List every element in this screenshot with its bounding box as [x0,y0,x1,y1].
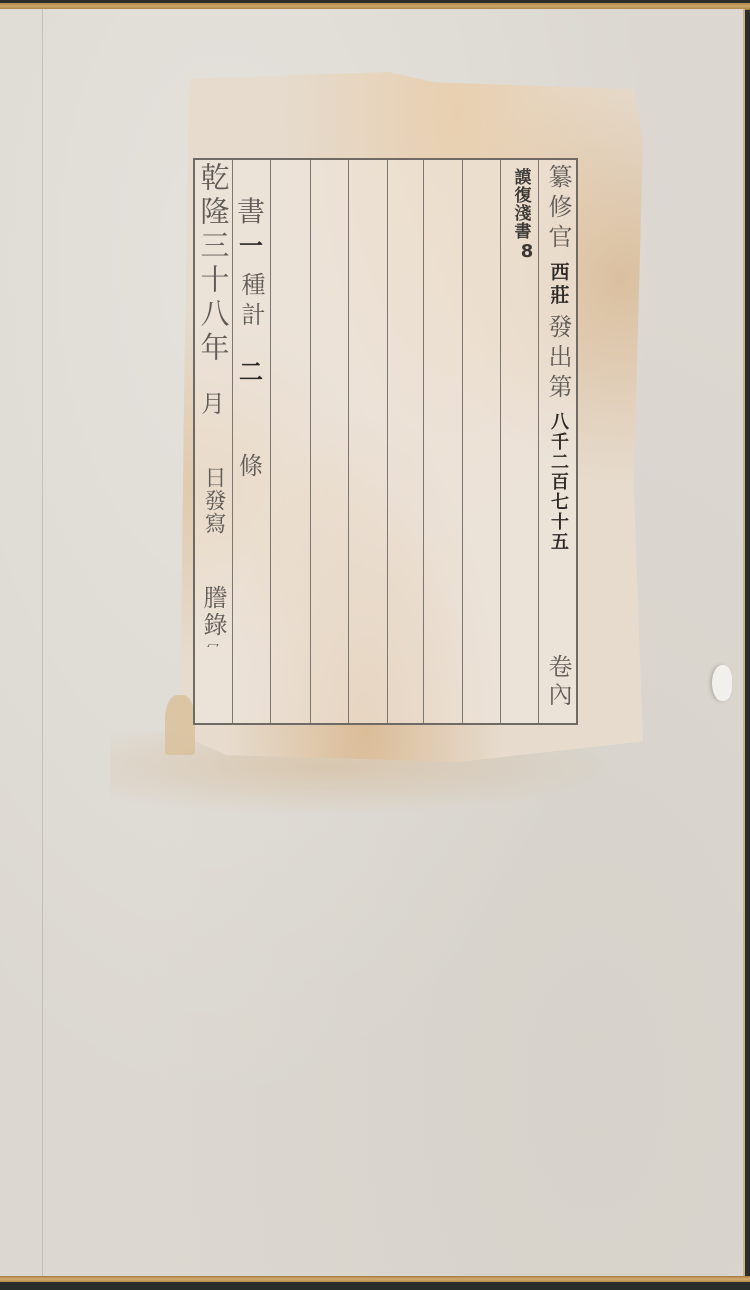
handwritten-mark: 8 [521,243,534,261]
gilt-bottom-edge [0,1276,750,1282]
column-divider [348,160,349,723]
column-divider [387,160,388,723]
handwritten-compiler-name: 西莊 [549,262,568,308]
handwritten-item-count: 二 [239,360,263,384]
column-divider [462,160,463,723]
printed-kinds-total-label: 種計 [239,272,263,332]
column-date: 乾隆三十八年 月 日發寫 謄錄 冖 [195,162,231,722]
printed-dispatch-label: 發出第 [546,314,570,404]
column-divider [423,160,424,723]
column-note: 謨復淺書 8 [502,168,538,308]
column-divider [500,160,501,723]
trailing-mark: 冖 [207,641,219,653]
printed-month-label: 月 [201,392,225,416]
printed-volume-label: 卷內 [546,654,570,710]
label-frame: 纂修官 西莊 發出第 八千二百七十五 卷內 謨復淺書 8 書 一 種計 二 條 … [193,158,578,725]
printed-items-label: 條 [239,454,263,478]
printed-compiler-title: 纂修官 [546,164,570,254]
page-tear [712,665,732,701]
printed-book-label: 書 [237,198,265,226]
printed-reign-date: 乾隆三十八年 [199,162,228,366]
column-divider [538,160,539,723]
handwritten-book-count: 一 [239,234,263,258]
column-divider [310,160,311,723]
column-count: 書 一 種計 二 條 [233,198,269,618]
handwritten-note: 謨復淺書 [512,168,529,240]
fold-line [42,9,43,1277]
paper-repair-patch [165,695,195,755]
handwritten-dispatch-number: 八千二百七十五 [549,412,567,552]
column-compiler: 纂修官 西莊 發出第 八千二百七十五 卷內 [540,164,576,724]
printed-copyist-label: 謄錄 [201,585,225,639]
column-divider [270,160,271,723]
printed-day-copy-label: 日發寫 [202,466,224,535]
